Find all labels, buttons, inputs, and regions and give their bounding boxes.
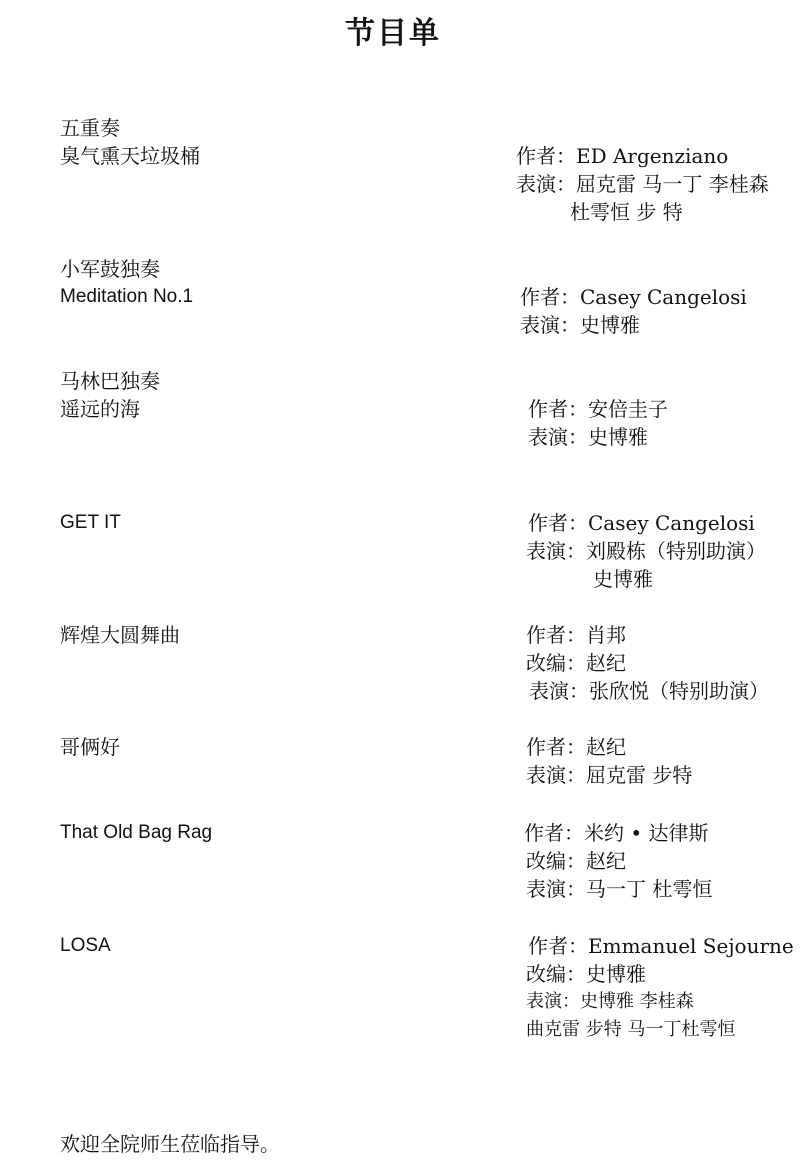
program-credit: 作者：Casey Cangelosi [520,283,747,311]
program-credit: 表演：刘殿栋（特别助演） [526,537,766,565]
program-category: 五重奏 [60,114,120,142]
page-title: 节目单 [0,8,786,52]
program-credit: 改编：史博雅 [526,960,646,988]
program-name: 哥俩好 [60,733,120,761]
program-credit: 作者：Emmanuel Sejourne [528,932,794,960]
program-credit: 表演：屈克雷 步特 [526,761,692,789]
program-credit: 杜雩恒 步 特 [570,198,683,226]
program-credit: 作者：赵纪 [526,733,626,761]
program-credit: 表演：屈克雷 马一丁 李桂森 [516,170,769,198]
program-credit: 作者：米约 • 达律斯 [524,819,709,847]
program-credit: 改编：赵纪 [526,847,626,875]
program-credit: 表演：马一丁 杜雩恒 [526,875,712,903]
program-credit: 史博雅 [593,565,653,593]
program-name: Meditation No.1 [60,283,193,311]
program-category: 小军鼓独奏 [60,255,160,283]
program-credit: 表演：史博雅 [520,311,640,339]
program-name: 遥远的海 [60,395,140,423]
program-credit: 作者：ED Argenziano [516,142,728,170]
program-category: 马林巴独奏 [60,367,160,395]
program-name: 臭气熏天垃圾桶 [60,142,200,170]
program-credit: 作者：安倍圭子 [528,395,668,423]
program-name: GET IT [60,509,121,537]
program-credit: 表演：张欣悦（特别助演） [529,677,769,705]
program-name: 辉煌大圆舞曲 [60,621,180,649]
program-credit: 表演：史博雅 李桂森 [526,988,694,1016]
program-credit: 改编：赵纪 [526,649,626,677]
program-credit: 表演：史博雅 [528,423,648,451]
program-credit: 作者：肖邦 [526,621,626,649]
program-credit: 曲克雷 步特 马一丁杜雩恒 [526,1016,735,1044]
program-name: LOSA [60,932,111,960]
footer-note: 欢迎全院师生莅临指导。 [60,1128,280,1157]
program-credit: 作者：Casey Cangelosi [528,509,755,537]
program-name: That Old Bag Rag [60,819,212,847]
